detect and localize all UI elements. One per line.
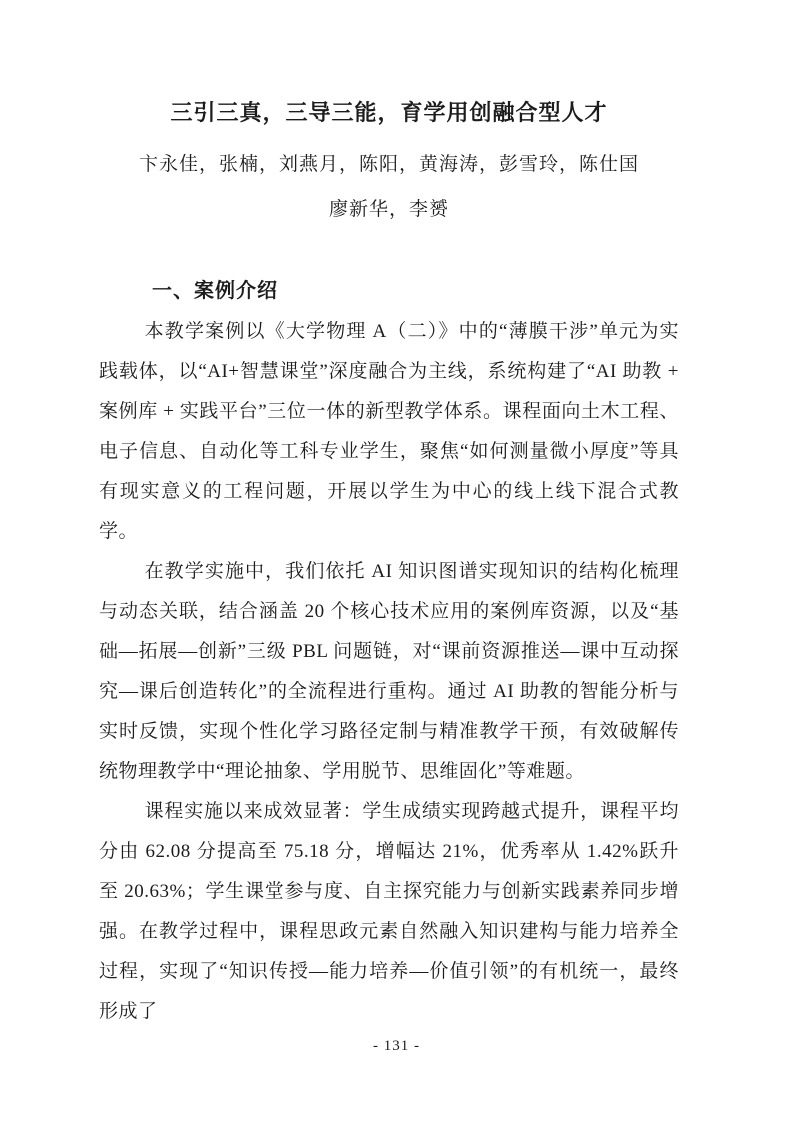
author-line-1: 卞永佳，张楠，刘燕月，陈阳，黄海涛，彭雪玲，陈仕国	[99, 142, 679, 187]
document-page: 三引三真，三导三能，育学用创融合型人才 卞永佳，张楠，刘燕月，陈阳，黄海涛，彭雪…	[0, 0, 793, 1122]
document-title: 三引三真，三导三能，育学用创融合型人才	[99, 96, 679, 130]
section-heading: 一、案例介绍	[99, 276, 679, 306]
body-text: 本教学案例以《大学物理 A（二）》中的“薄膜干涉”单元为实践载体，以“AI+智慧…	[99, 312, 679, 1032]
paragraph-1: 本教学案例以《大学物理 A（二）》中的“薄膜干涉”单元为实践载体，以“AI+智慧…	[99, 312, 679, 552]
page-number: - 131 -	[0, 1038, 793, 1055]
document-content: 三引三真，三导三能，育学用创融合型人才 卞永佳，张楠，刘燕月，陈阳，黄海涛，彭雪…	[99, 96, 679, 1032]
author-line-2: 廖新华，李赟	[99, 187, 679, 232]
paragraph-3: 课程实施以来成效显著：学生成绩实现跨越式提升，课程平均分由 62.08 分提高至…	[99, 792, 679, 1032]
authors-block: 卞永佳，张楠，刘燕月，陈阳，黄海涛，彭雪玲，陈仕国 廖新华，李赟	[99, 142, 679, 232]
paragraph-2: 在教学实施中，我们依托 AI 知识图谱实现知识的结构化梳理与动态关联，结合涵盖 …	[99, 552, 679, 792]
